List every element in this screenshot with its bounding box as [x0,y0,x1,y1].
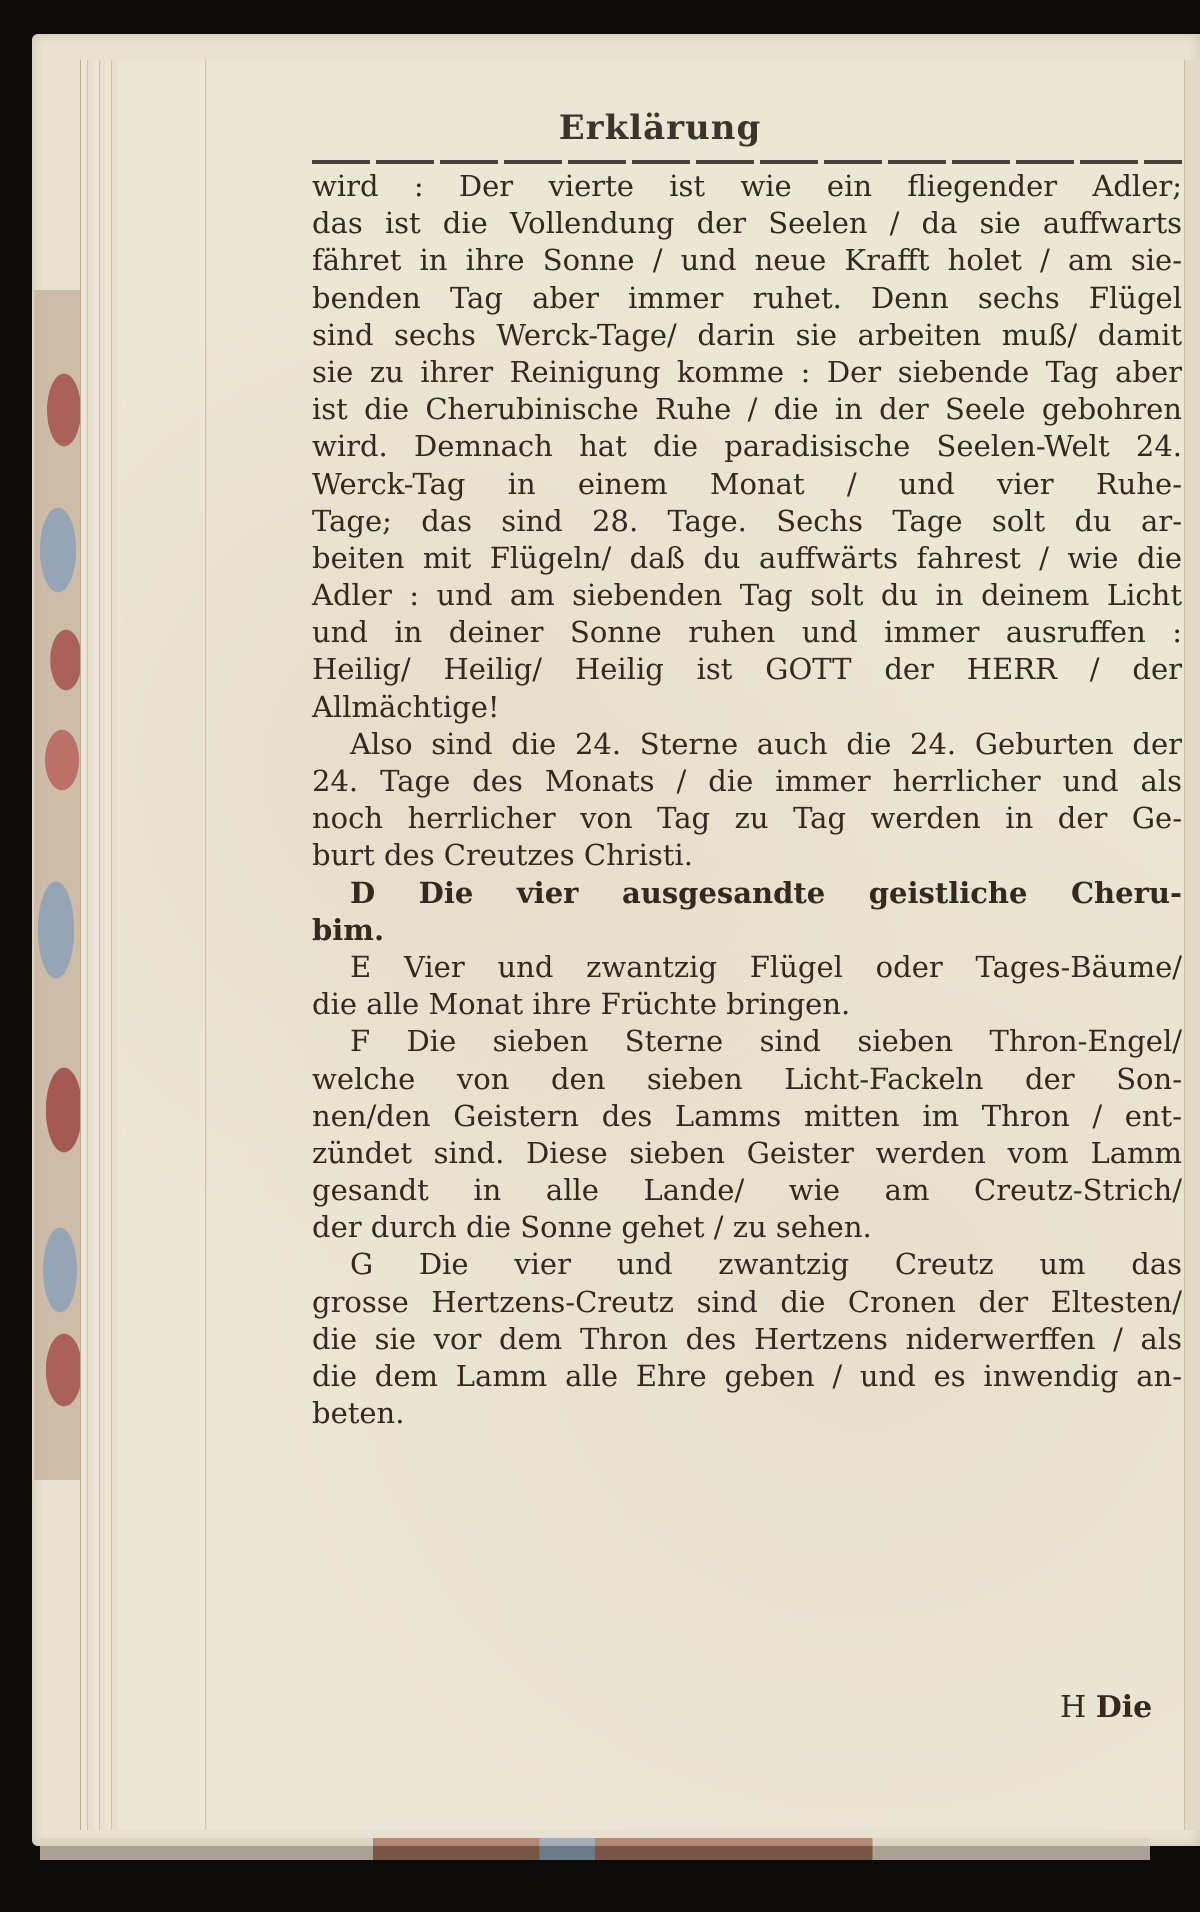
text-line: die dem Lamm alle Ehre geben / und es in… [312,1358,1182,1395]
text-line: Werck-Tag in einem Monat / und vier Ruhe… [312,466,1182,503]
text-line: beiten mit Flügeln/ daß du auffwärts fah… [312,540,1182,577]
text-line: bim. [312,912,1182,949]
text-line: Also sind die 24. Sterne auch die 24. Ge… [312,726,1182,763]
text-line: wird. Demnach hat die paradisische Seele… [312,428,1182,465]
catchword-letter: H [1060,1690,1086,1725]
text-line: welche von den sieben Licht-Fackeln der … [312,1061,1182,1098]
text-line: benden Tag aber immer ruhet. Denn sechs … [312,280,1182,317]
text-line: beten. [312,1395,1182,1432]
text-line: wird : Der vierte ist wie ein fliegender… [312,168,1182,205]
facing-page-edge [1184,60,1200,1830]
text-line: 24. Tage des Monats / die immer herrlich… [312,763,1182,800]
page-edges [80,60,123,1830]
text-line: Adler : und am siebenden Tag solt du in … [312,577,1182,614]
body-text: wird : Der vierte ist wie ein fliegender… [312,168,1182,1432]
text-line: gesandt in alle Lande/ wie am Creutz-Str… [312,1172,1182,1209]
running-head: Erklärung [0,108,1200,148]
item-e-heading: E Vier und zwantzig Flügel oder Tages-Bä… [312,949,1182,986]
text-line: das ist die Vollendung der Seelen / da s… [312,205,1182,242]
marbled-endpaper [34,290,80,1480]
header-rule [312,160,1182,164]
text-line: nen/den Geistern des Lamms mitten im Thr… [312,1098,1182,1135]
text-line: ist die Cherubinische Ruhe / die in der … [312,391,1182,428]
text-line: Tage; das sind 28. Tage. Sechs Tage solt… [312,503,1182,540]
item-f-heading: F Die sieben Sterne sind sieben Thron-En… [312,1023,1182,1060]
text-line: Allmächtige! [312,689,1182,726]
text-line: die alle Monat ihre Früchte bringen. [312,986,1182,1023]
text-line: burt des Creutzes Christi. [312,837,1182,874]
bottom-cover-edge [40,1838,1150,1860]
gutter-fold [205,60,207,1830]
text-line: und in deiner Sonne ruhen und immer ausr… [312,614,1182,651]
text-line: noch herrlicher von Tag zu Tag werden in… [312,800,1182,837]
text-line: sie zu ihrer Reinigung komme : Der siebe… [312,354,1182,391]
text-line: zündet sind. Diese sieben Geister werden… [312,1135,1182,1172]
text-line: der durch die Sonne gehet / zu sehen. [312,1209,1182,1246]
catchword: H Die [1060,1690,1152,1725]
text-line: Heilig/ Heilig/ Heilig ist GOTT der HERR… [312,651,1182,688]
text-line: sind sechs Werck-Tage/ darin sie arbeite… [312,317,1182,354]
item-d-heading: D Die vier ausgesandte geistliche Cheru- [312,875,1182,912]
item-g-heading: G Die vier und zwantzig Creutz um das [312,1246,1182,1283]
text-line: fähret in ihre Sonne / und neue Krafft h… [312,242,1182,279]
text-line: grosse Hertzens-Creutz sind die Cronen d… [312,1284,1182,1321]
catchword-word: Die [1096,1690,1153,1725]
text-line: die sie vor dem Thron des Hertzens nider… [312,1321,1182,1358]
